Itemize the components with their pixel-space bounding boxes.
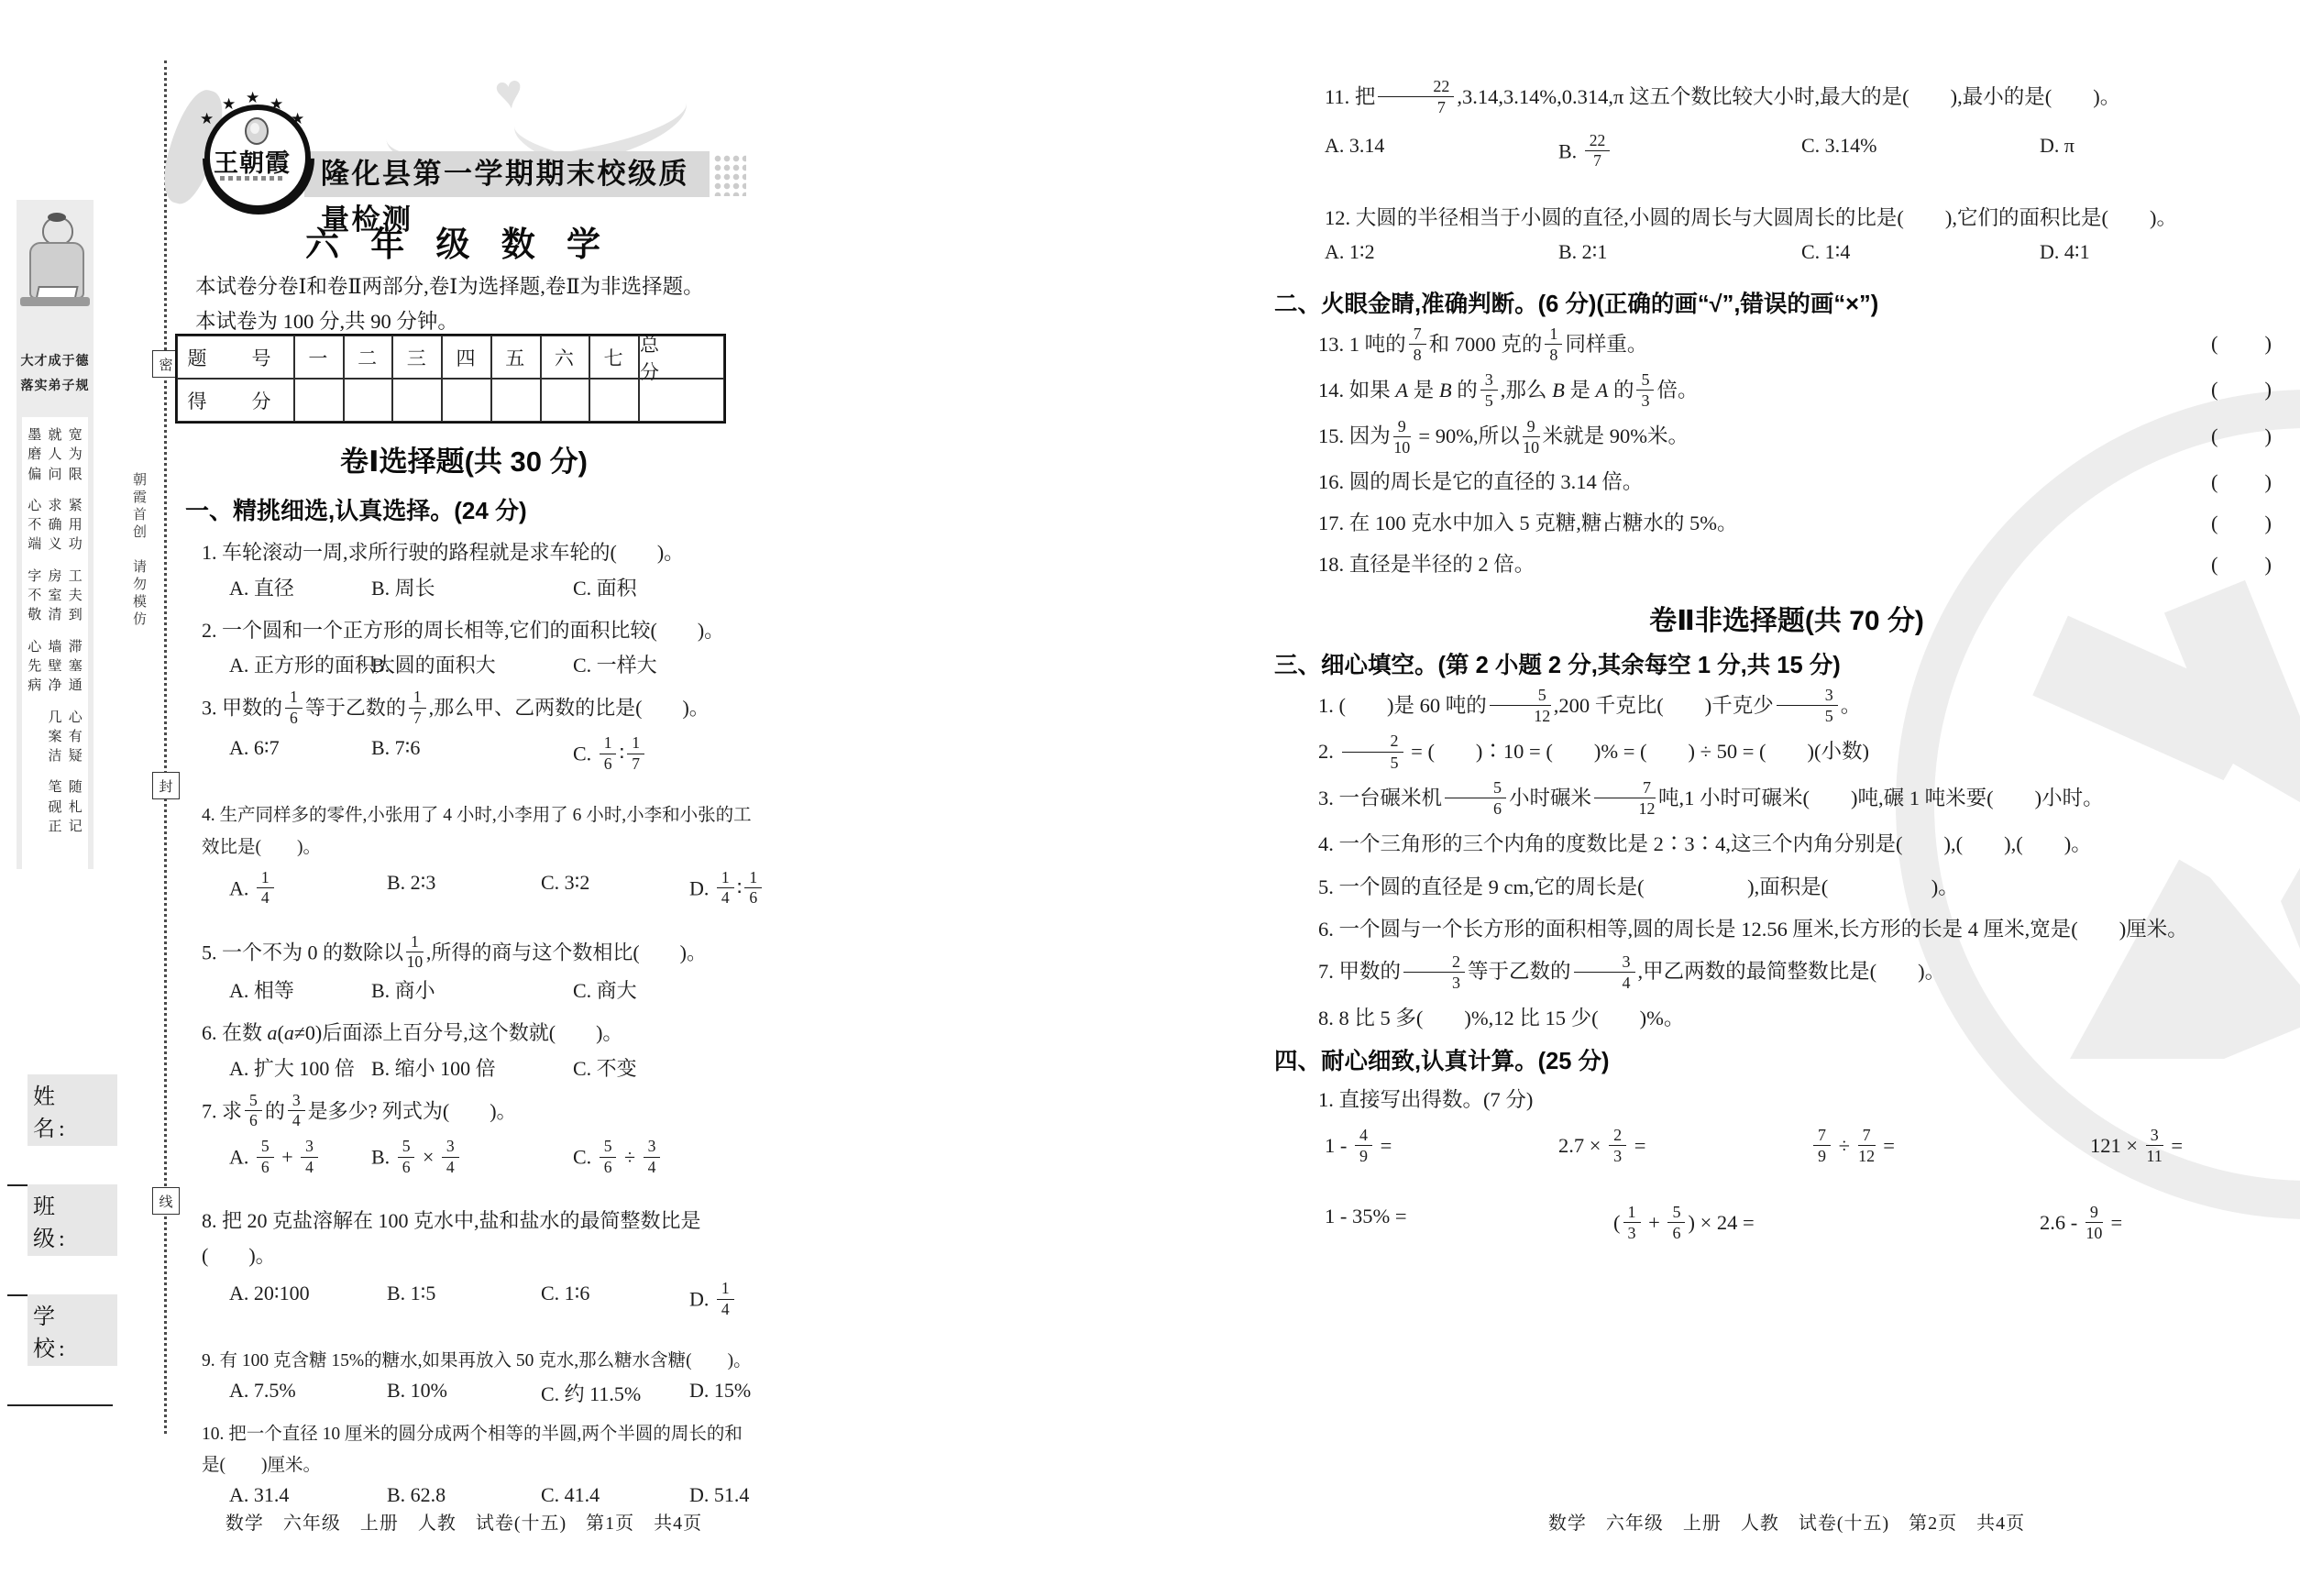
question: 4. 生产同样多的零件,小张用了 4 小时,小李用了 6 小时,小李和小张的工效… [174,800,754,930]
score-table-header-cell: 二 [344,336,393,379]
score-empty-cell [541,379,590,422]
footer-left: 数学 六年级 上册 人教 试卷(十五) 第1页 共4页 [174,1508,754,1535]
part1-heading: 一、精挑细选,认真选择。(24 分) [174,492,754,526]
option: D. 14 [689,1282,737,1320]
question-text: 12. 大圆的半径相当于小圆的直径,小圆的周长与大圆周长的比是( ),它们的面积… [1274,200,2299,237]
option: D. 51.4 [689,1483,749,1507]
option: B. 周长 [371,573,435,601]
fraction: 23 [1403,952,1465,992]
fraction: 17 [409,688,426,727]
fraction: 78 [1409,325,1426,364]
question-text: 8. 把 20 克盐溶解在 100 克水中,盐和盐水的最简整数比是( )。 [174,1204,754,1274]
question-text: 11. 把227,3.14,3.14%,0.314,π 这五个数比较大小时,最大… [1274,79,2299,119]
score-empty-cell [344,379,393,422]
question: 1. 车轮滚动一周,求所行驶的路程就是求车轮的( )。A. 直径B. 周长C. … [174,535,754,610]
judge-item: 17. 在 100 克水中加入 5 克糖,糖占糖水的 5%。( ) [1274,506,2299,541]
score-table-header-cell: 六 [541,336,590,379]
judge-text: 15. 因为910 = 90%,所以910米就是 90%米。 [1318,424,1689,447]
answer-bracket: ( ) [2211,372,2273,407]
dizigui-phrase: 宽为限 [68,426,83,485]
fraction: 79 [1813,1126,1831,1165]
name-field-label: 姓 名: [28,1074,117,1146]
question: 6. 在数 a(a≠0)后面添上百分号,这个数就( )。A. 扩大 100 倍B… [174,1016,754,1090]
score-table-header-cell: 题 号 [177,336,294,379]
option: A. 31.4 [229,1483,289,1507]
dizigui-phrase: 笔砚正 [48,778,63,837]
fraction: 16 [285,688,303,727]
option: B. 10% [387,1379,447,1403]
score-table-header-cell: 一 [294,336,344,379]
child-hair [48,213,66,222]
dizigui-column: 宽为限紧用功工夫到滞塞通心有疑随札记 [68,426,83,872]
option: A. 20∶100 [229,1282,310,1305]
option: A. 正方形的面积大 [229,650,395,678]
title-band-ornament [713,154,746,196]
exam-page: 大才成于德 落实弟子规 墨磨偏心不端字不敬心先病就人问求确义房室清墙壁净几案洁笔… [0,0,2300,1596]
option: D. 14∶16 [689,871,765,909]
fraction: 910 [1393,417,1411,457]
judge-text: 17. 在 100 克水中加入 5 克糖,糖占糖水的 5%。 [1318,512,1738,534]
section2-heading: 卷Ⅱ非选择题(共 70 分) [1274,598,2299,638]
question-text: 5. 一个不为 0 的数除以110,所得的商与这个数相比( )。 [174,935,754,974]
options-row: A. 正方形的面积大B. 圆的面积大C. 一样大 [174,648,754,687]
option: C. 商大 [573,975,637,1004]
fraction: 14 [257,869,274,908]
fraction: 14 [717,869,734,908]
fraction: 34 [442,1138,459,1176]
question: 3. 甲数的16等于乙数的17,那么甲、乙两数的比是( )。A. 6∶7B. 7… [174,690,754,797]
class-field: 班 级: [7,1184,117,1296]
option: A. 3.14 [1325,134,1384,158]
calc-caption: 1. 直接写出得数。(7 分) [1274,1084,2299,1113]
dizigui-phrase: 墨磨偏 [27,426,42,485]
option: C. 一样大 [573,650,657,678]
dizigui-phrase: 房室清 [48,567,63,626]
fill-item: 2. 25 = ( )∶10 = ( )% = ( ) ÷ 50 = ( )(小… [1274,733,2299,774]
fraction: 712 [1594,778,1656,818]
options-row: A. 7.5%B. 10%C. 约 11.5%D. 15% [174,1377,754,1415]
fraction: 56 [398,1138,415,1176]
option: A. 7.5% [229,1379,296,1403]
options-row: A. 56 + 34B. 56 × 34C. 56 ÷ 34 [174,1132,754,1200]
answer-bracket: ( ) [2211,419,2273,454]
question: 8. 把 20 克盐溶解在 100 克水中,盐和盐水的最简整数比是( )。A. … [174,1204,754,1342]
logo-brand-text: 王朝霞 [202,143,303,179]
child-desk [20,297,90,306]
logo-star-icon: ★ [270,95,283,114]
fraction: 35 [1480,370,1498,410]
option: C. 16∶17 [573,736,647,775]
dizigui-phrase: 工夫到 [68,567,83,626]
fill-item: 4. 一个三角形的三个内角的度数比是 2∶3∶4,这三个内角分别是( ),( )… [1274,826,2299,862]
calc-expression: 1 - 49 = [1325,1128,1392,1167]
option: C. 面积 [573,573,637,601]
dizigui-phrase: 就人问 [48,426,63,485]
fraction: 34 [644,1138,661,1176]
score-table-header-cell: 四 [442,336,491,379]
question: 9. 有 100 克含糖 15%的糖水,如果再放入 50 克水,那么糖水含糖( … [174,1346,754,1415]
option: B. 1∶5 [387,1282,435,1305]
logo-avatar-face [250,123,259,134]
question: 7. 求56的34是多少? 列式为( )。A. 56 + 34B. 56 × 3… [174,1094,754,1200]
question-text: 9. 有 100 克含糖 15%的糖水,如果再放入 50 克水,那么糖水含糖( … [174,1346,754,1377]
mc-question: 12. 大圆的半径相当于小圆的直径,小圆的周长与大圆周长的比是( ),它们的面积… [1274,200,2299,280]
judge-text: 16. 圆的周长是它的直径的 3.14 倍。 [1318,470,1643,493]
footer-right: 数学 六年级 上册 人教 试卷(十五) 第2页 共4页 [1274,1508,2299,1535]
fraction: 34 [288,1092,305,1130]
dizigui-phrase: 随札记 [68,778,83,837]
question: 10. 把一个直径 10 厘米的圆分成两个相等的半圆,两个半圆的周长的和是( )… [174,1419,754,1520]
binding-dotted-line [164,61,167,1434]
option: A. 56 + 34 [229,1139,321,1178]
score-label-cell: 得 分 [177,379,294,422]
fill-item: 6. 一个圆与一个长方形的面积相等,圆的周长是 12.56 厘米,长方形的长是 … [1274,911,2299,947]
logo-subtext-bar [220,176,284,181]
sidebar-panel: 大才成于德 落实弟子规 墨磨偏心不端字不敬心先病就人问求确义房室清墙壁净几案洁笔… [17,200,94,869]
fill-item: 7. 甲数的23等于乙数的34,甲乙两数的最简整数比是( )。 [1274,953,2299,994]
option: B. 缩小 100 倍 [371,1053,496,1082]
calc-expression: 1 - 35% = [1325,1205,1407,1228]
fraction: 311 [2146,1126,2163,1165]
judge-item: 18. 直径是半径的 2 倍。( ) [1274,547,2299,582]
calc-row: 1 - 35% =(13 + 56) × 24 =2.6 - 910 = [1274,1192,2299,1269]
option: A. 6∶7 [229,736,280,760]
calc-expression: 2.7 × 23 = [1558,1128,1645,1167]
option: D. π [2040,134,2074,158]
binding-note: 朝霞首创 请勿模仿 [129,472,149,629]
option: B. 227 [1558,134,1612,172]
option: B. 商小 [371,975,435,1004]
option: C. 不变 [573,1053,637,1082]
question: 2. 一个圆和一个正方形的周长相等,它们的面积比较( )。A. 正方形的面积大B… [174,613,754,688]
option: C. 3∶2 [541,871,589,895]
calc-row: 1 - 49 =2.7 × 23 =79 ÷ 712 =121 × 311 = [1274,1115,2299,1192]
fraction: 56 [1667,1203,1685,1242]
option: C. 1∶4 [1801,240,1850,264]
fill-item: 3. 一台碾米机56小时碾米712吨,1 小时可碾米( )吨,碾 1 吨米要( … [1274,780,2299,820]
fraction: 34 [1574,952,1635,992]
fraction: 227 [1585,132,1611,171]
dizigui-column: 墨磨偏心不端字不敬心先病 [27,426,42,872]
motto-line: 落实弟子规 [17,373,94,398]
dizigui-columns: 墨磨偏心不端字不敬心先病就人问求确义房室清墙壁净几案洁笔砚正宽为限紧用功工夫到滞… [22,417,88,872]
left-column: 卷Ⅰ选择题(共 30 分) 一、精挑细选,认真选择。(24 分) 1. 车轮滚动… [174,438,754,1524]
fraction: 18 [1545,325,1562,364]
calc-expression: 79 ÷ 712 = [1810,1128,1895,1167]
score-table-header-cell: 三 [392,336,442,379]
fraction: 23 [1609,1126,1626,1165]
fraction: 16 [744,869,762,908]
option: A. 扩大 100 倍 [229,1053,355,1082]
score-empty-cell [294,379,344,422]
option: B. 2∶3 [387,871,435,895]
name-field: 姓 名: [7,1074,117,1186]
option: B. 2∶1 [1558,240,1607,264]
judge-item: 14. 如果 A 是 B 的35,那么 B 是 A 的53倍。( ) [1274,372,2299,412]
option: D. 4∶1 [2040,240,2090,264]
dizigui-phrase: 心先病 [27,638,42,697]
dizigui-phrase: 紧用功 [68,497,83,556]
logo-star-icon: ★ [291,110,304,128]
option: B. 圆的面积大 [371,650,496,678]
fraction: 110 [406,933,424,972]
dizigui-phrase: 几案洁 [48,709,63,767]
options-row: A. 3.14B. 227C. 3.14%D. π [1274,119,2299,194]
option: B. 7∶6 [371,736,420,760]
question-text: 10. 把一个直径 10 厘米的圆分成两个相等的半圆,两个半圆的周长的和是( )… [174,1419,754,1481]
options-row: A. 1∶2B. 2∶1C. 1∶4D. 4∶1 [1274,237,2299,279]
answer-bracket: ( ) [2211,547,2273,582]
dizigui-phrase: 滞塞通 [68,638,83,697]
fill-item: 1. ( )是 60 吨的512,200 千克比( )千克少35。 [1274,688,2299,728]
fraction: 56 [257,1138,274,1176]
fraction: 53 [1636,370,1654,410]
school-field: 学 校: [7,1294,117,1406]
judge-item: 16. 圆的周长是它的直径的 3.14 倍。( ) [1274,465,2299,500]
fraction: 17 [627,734,644,773]
options-row: A. 20∶100B. 1∶5C. 1∶6D. 14 [174,1274,754,1342]
sidebar-motto: 大才成于德 落实弟子规 [17,348,94,397]
score-empty-cell [491,379,541,422]
answer-bracket: ( ) [2211,506,2273,541]
fraction: 13 [1623,1203,1641,1242]
score-empty-cell [392,379,442,422]
option: D. 15% [689,1379,751,1403]
options-row: A. 扩大 100 倍B. 缩小 100 倍C. 不变 [174,1051,754,1090]
option: A. 1∶2 [1325,240,1375,264]
fraction: 56 [600,1138,617,1176]
judge-item: 15. 因为910 = 90%,所以910米就是 90%米。( ) [1274,419,2299,458]
score-empty-cell [442,379,491,422]
judge-text: 18. 直径是半径的 2 倍。 [1318,553,1535,576]
option: C. 1∶6 [541,1282,589,1305]
option: A. 14 [229,871,277,909]
score-empty-cell [639,379,724,422]
brand-logo: ★ ★ ★ ★ ★ 王朝霞 [202,95,312,209]
dizigui-phrase: 字不敬 [27,567,42,626]
option: A. 直径 [229,573,294,601]
part-heading: 三、细心填空。(第 2 小题 2 分,其余每空 1 分,共 15 分) [1274,647,2299,680]
question-text: 1. 车轮滚动一周,求所行驶的路程就是求车轮的( )。 [174,535,754,571]
option: A. 相等 [229,975,294,1004]
fraction: 35 [1777,686,1838,725]
option: C. 3.14% [1801,134,1877,158]
fraction: 16 [600,734,617,773]
question-text: 7. 求56的34是多少? 列式为( )。 [174,1094,754,1132]
exam-subtitle: 六 年 级 数 学 [174,216,743,266]
fraction: 910 [2085,1203,2103,1242]
option: C. 56 ÷ 34 [573,1139,663,1178]
exam-intro-line: 本试卷分卷Ⅰ和卷Ⅱ两部分,卷Ⅰ为选择题,卷Ⅱ为非选择题。 [195,270,745,300]
answer-bracket: ( ) [2211,326,2273,361]
calc-expression: 121 × 311 = [2090,1128,2183,1167]
fraction: 56 [245,1092,262,1130]
score-table-header-cell: 七 [589,336,639,379]
logo-star-icon: ★ [222,95,236,114]
calc-expression: 2.6 - 910 = [2040,1205,2122,1244]
score-table: 题 号一二三四五六七总 分得 分 [175,334,726,424]
motto-line: 大才成于德 [17,348,94,373]
question-text: 6. 在数 a(a≠0)后面添上百分号,这个数就( )。 [174,1016,754,1051]
score-table-header-cell: 五 [491,336,541,379]
options-row: A. 相等B. 商小C. 商大 [174,974,754,1012]
logo-star-icon: ★ [200,110,214,128]
calc-expression: (13 + 56) × 24 = [1613,1205,1755,1244]
dizigui-phrase: 求确义 [48,497,63,556]
score-table-header-cell: 总 分 [639,336,724,379]
question-text: 2. 一个圆和一个正方形的周长相等,它们的面积比较( )。 [174,613,754,649]
judge-item: 13. 1 吨的78和 7000 克的18同样重。( ) [1274,326,2299,366]
option: B. 56 × 34 [371,1139,462,1178]
dizigui-phrase: 心有疑 [68,709,83,767]
school-field-label: 学 校: [28,1294,117,1366]
options-row: A. 6∶7B. 7∶6C. 16∶17 [174,729,754,797]
options-row: A. 14B. 2∶3C. 3∶2D. 14∶16 [174,864,754,931]
class-field-label: 班 级: [28,1184,117,1256]
right-column: 11. 把227,3.14,3.14%,0.314,π 这五个数比较大小时,最大… [1274,77,2299,1269]
fraction: 512 [1490,686,1551,725]
answer-bracket: ( ) [2211,465,2273,500]
exam-title-band: 隆化县第一学期期末校级质量检测 [304,151,710,197]
fraction: 712 [1858,1126,1876,1165]
mc-question: 11. 把227,3.14,3.14%,0.314,π 这五个数比较大小时,最大… [1274,79,2299,194]
fraction: 227 [1378,77,1454,116]
part-heading: 二、火眼金睛,准确判断。(6 分)(正确的画“√”,错误的画“×”) [1274,286,2299,319]
option: C. 约 11.5% [541,1379,641,1407]
options-row: A. 直径B. 周长C. 面积 [174,571,754,610]
dizigui-phrase: 心不端 [27,497,42,556]
dizigui-phrase: 墙壁净 [48,638,63,697]
part-heading: 四、耐心细致,认真计算。(25 分) [1274,1043,2299,1076]
reading-child-illustration [17,209,94,345]
fraction: 14 [717,1280,734,1318]
option: C. 41.4 [541,1483,600,1507]
fraction: 49 [1355,1126,1372,1165]
fraction: 56 [1445,778,1506,818]
fill-item: 8. 8 比 5 多( )%,12 比 15 少( )%。 [1274,1000,2299,1036]
logo-star-icon: ★ [246,89,259,107]
fill-item: 5. 一个圆的直径是 9 cm,它的周长是( ),面积是( )。 [1274,869,2299,905]
fraction: 34 [301,1138,318,1176]
section1-heading: 卷Ⅰ选择题(共 30 分) [174,438,754,479]
question-text: 4. 生产同样多的零件,小张用了 4 小时,小李用了 6 小时,小李和小张的工效… [174,800,754,863]
school-field-underline [7,1404,113,1406]
fraction: 910 [1523,417,1540,457]
option: B. 62.8 [387,1483,446,1507]
dizigui-column: 就人问求确义房室清墙壁净几案洁笔砚正 [48,426,63,872]
judge-text: 13. 1 吨的78和 7000 克的18同样重。 [1318,333,1647,356]
score-empty-cell [589,379,639,422]
question: 5. 一个不为 0 的数除以110,所得的商与这个数相比( )。A. 相等B. … [174,935,754,1012]
question-text: 3. 甲数的16等于乙数的17,那么甲、乙两数的比是( )。 [174,690,754,729]
left-questions: 1. 车轮滚动一周,求所行驶的路程就是求车轮的( )。A. 直径B. 周长C. … [174,535,754,1520]
judge-text: 14. 如果 A 是 B 的35,那么 B 是 A 的53倍。 [1318,379,1698,402]
fraction: 25 [1342,732,1403,771]
